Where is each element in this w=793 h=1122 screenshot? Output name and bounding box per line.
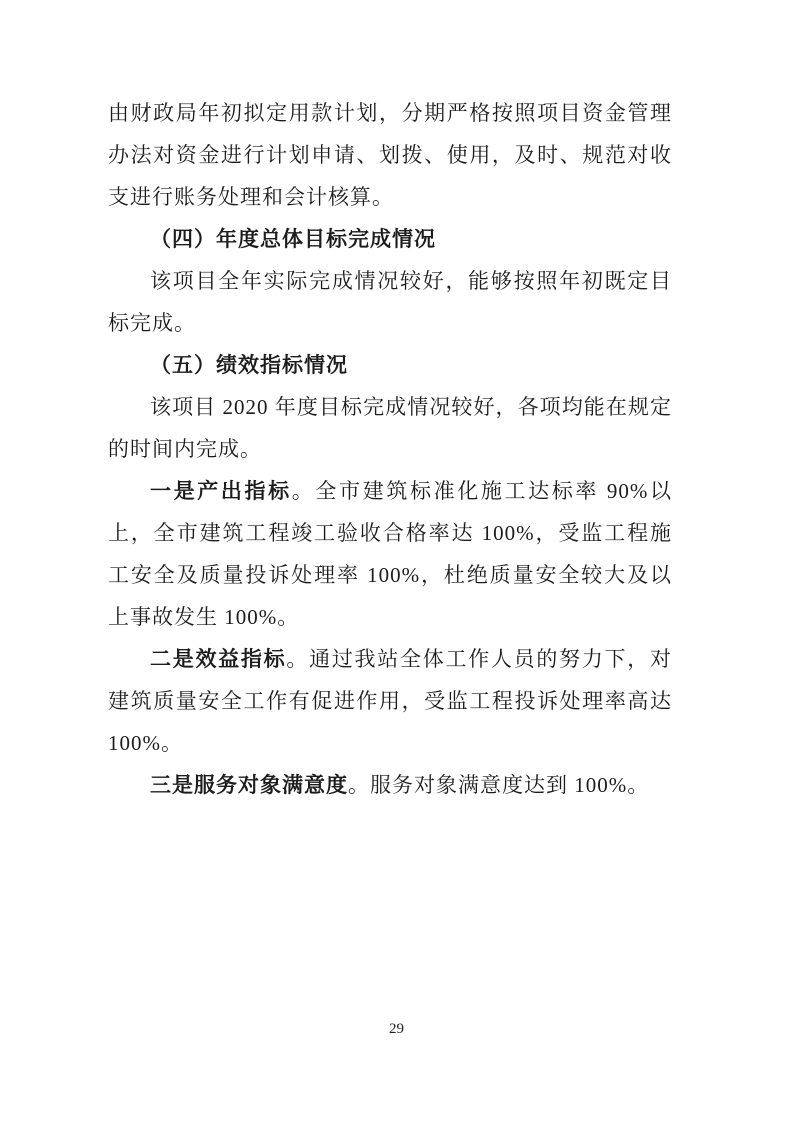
section-heading-4: （四）年度总体目标完成情况 [108, 218, 672, 260]
section-heading-5: （五）绩效指标情况 [108, 344, 672, 386]
paragraph-benefit-indicators: 二是效益指标。通过我站全体工作人员的努力下，对建筑质量安全工作有促进作用，受监工… [108, 638, 672, 764]
paragraph-output-indicators: 一是产出指标。全市建筑标准化施工达标率 90%以上，全市建筑工程竣工验收合格率达… [108, 470, 672, 638]
paragraph-satisfaction-indicator: 三是服务对象满意度。服务对象满意度达到 100%。 [108, 764, 672, 806]
document-page: 由财政局年初拟定用款计划，分期严格按照项目资金管理办法对资金进行计划申请、划拨、… [0, 0, 793, 1122]
paragraph-annual-completion: 该项目全年实际完成情况较好，能够按照年初既定目标完成。 [108, 260, 672, 344]
satisfaction-indicator-text: 。服务对象满意度达到 100%。 [348, 773, 649, 797]
page-number: 29 [0, 1018, 793, 1040]
output-indicators-lead: 一是产出指标 [150, 479, 292, 503]
document-body: 由财政局年初拟定用款计划，分期严格按照项目资金管理办法对资金进行计划申请、划拨、… [108, 92, 672, 806]
benefit-indicators-lead: 二是效益指标 [150, 647, 286, 671]
paragraph-funding-plan: 由财政局年初拟定用款计划，分期严格按照项目资金管理办法对资金进行计划申请、划拨、… [108, 92, 672, 218]
satisfaction-indicator-lead: 三是服务对象满意度 [150, 773, 348, 797]
paragraph-indicators-overview: 该项目 2020 年度目标完成情况较好，各项均能在规定的时间内完成。 [108, 386, 672, 470]
